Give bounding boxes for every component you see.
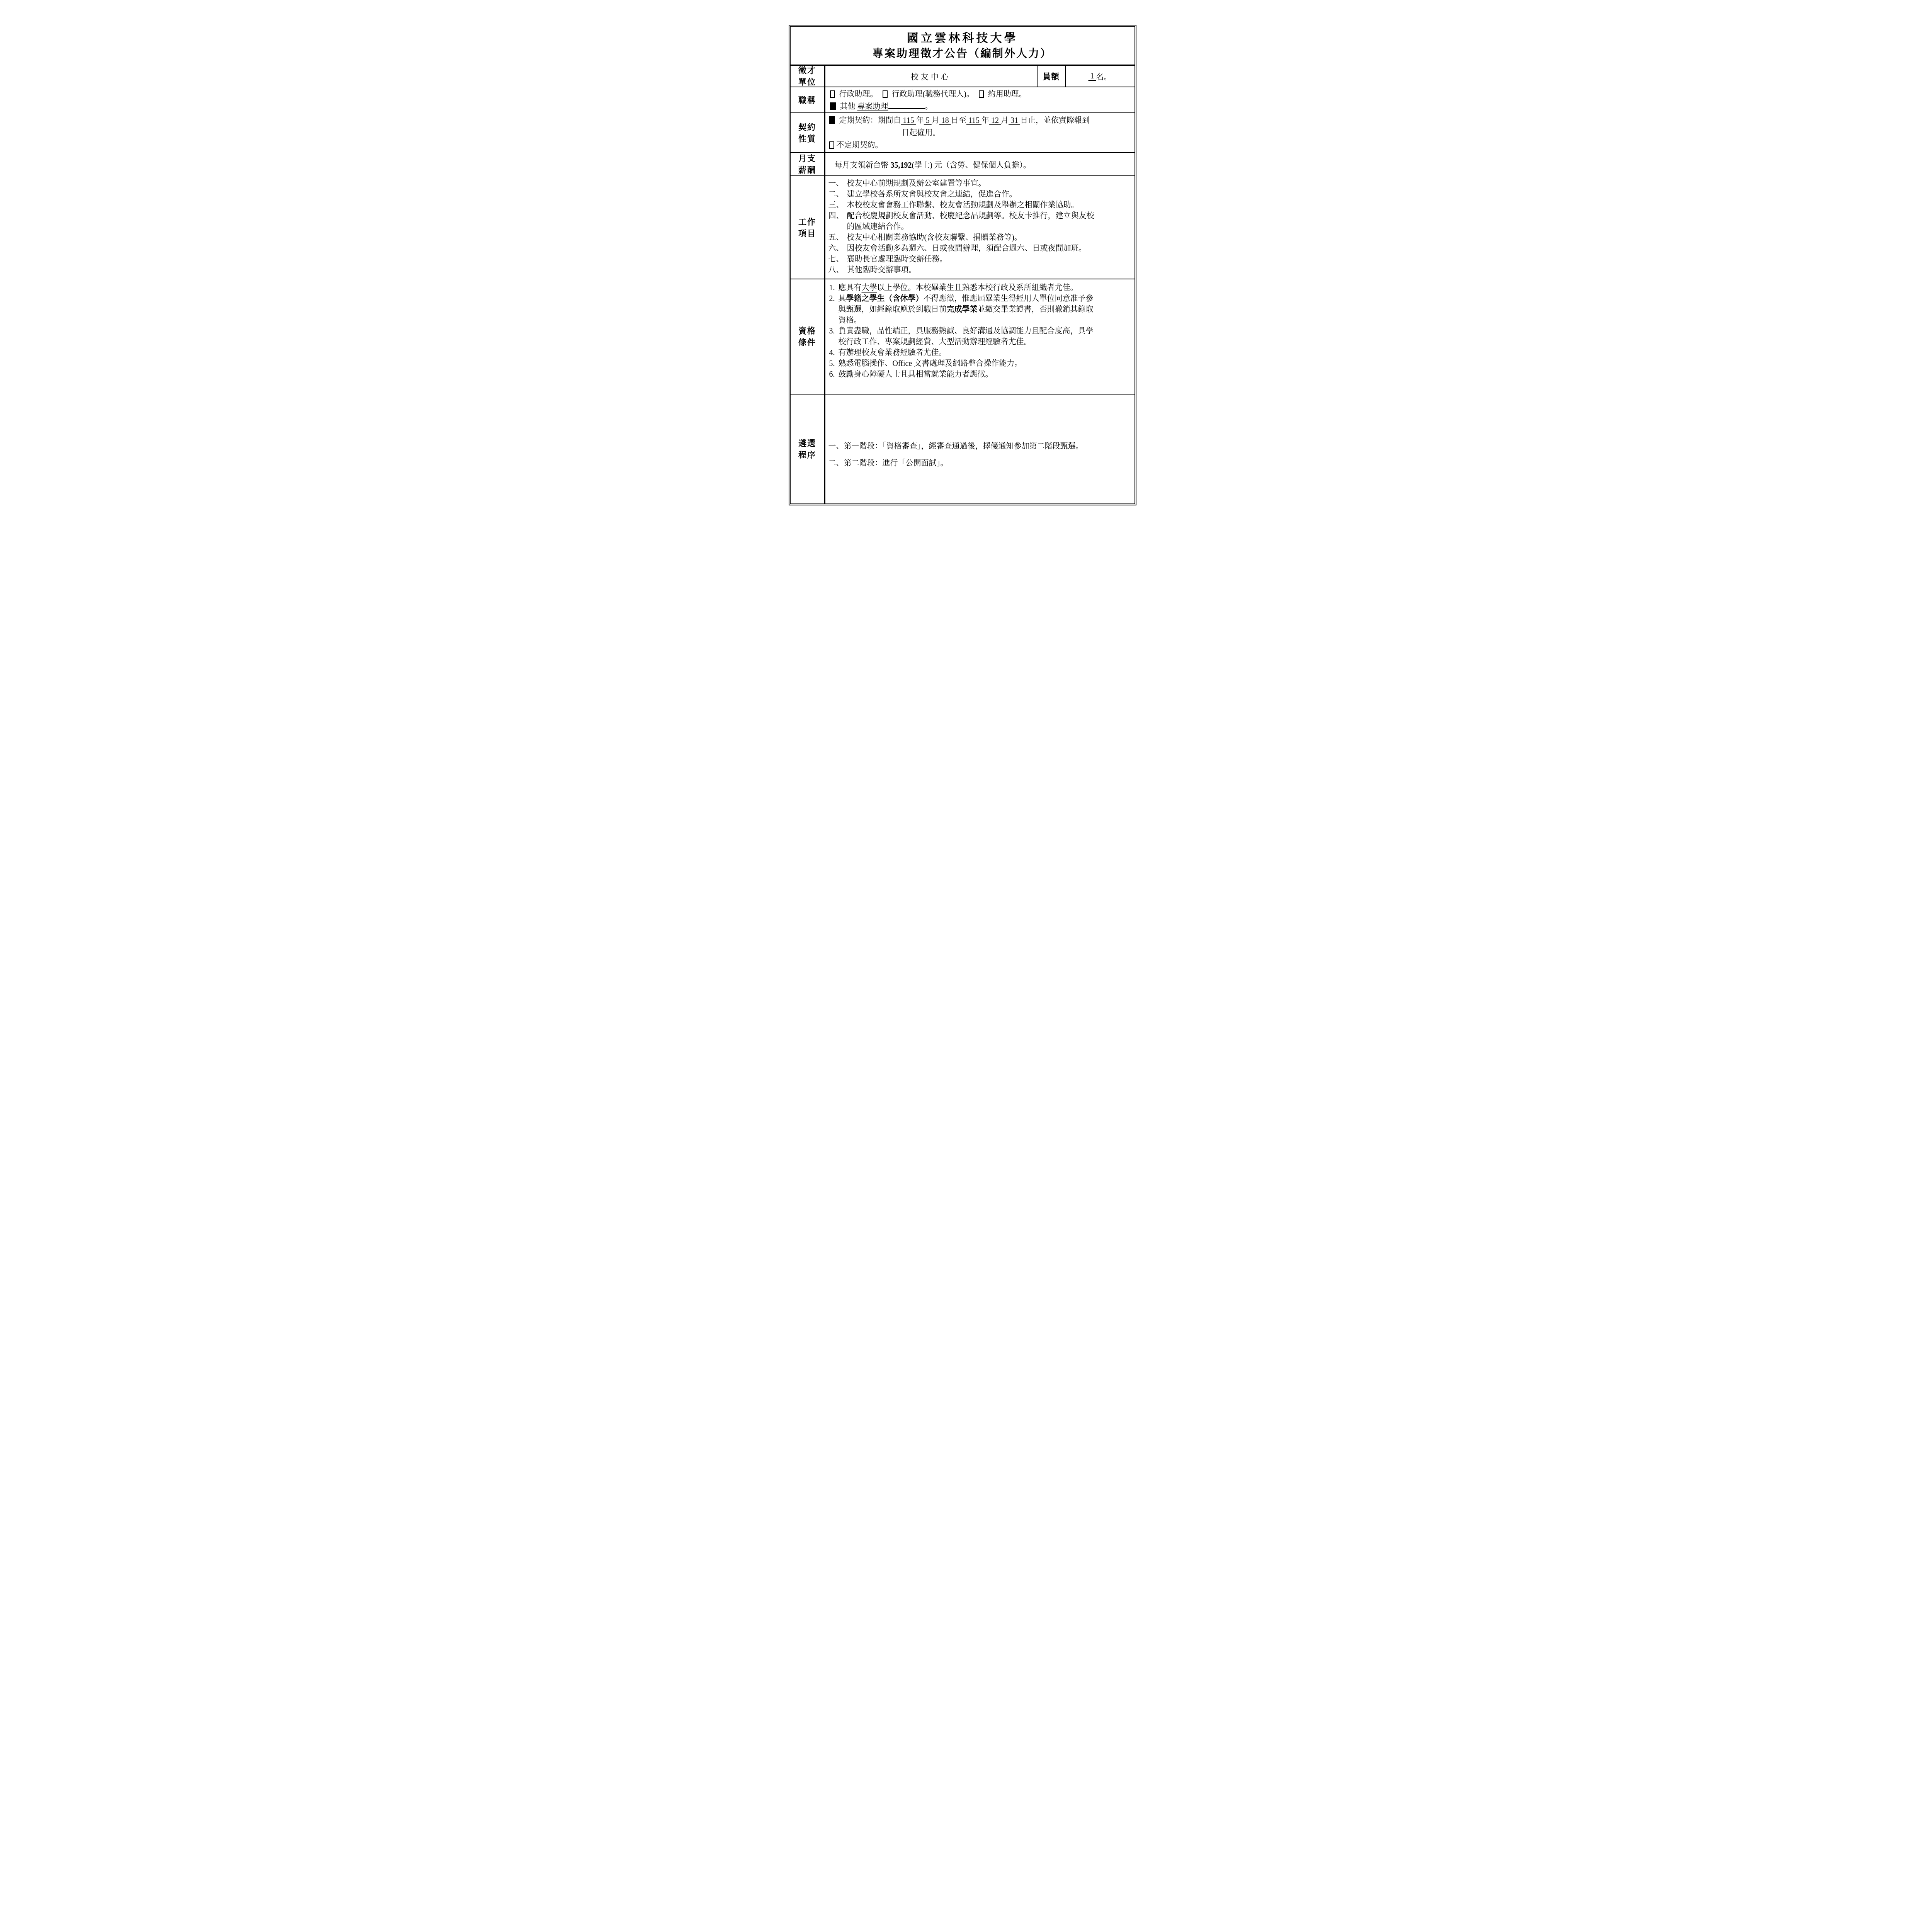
text-run: 一、第一階段：「資格審查」，經審查通過後，擇優通知參加第二階段甄選。 (828, 442, 1084, 451)
list-item: 的區域連結合作。 (825, 221, 1132, 232)
item-text: 具學籍之學生（含休學）不得應徵，惟應屆畢業生得經用人單位同意准予參 (839, 294, 1094, 303)
text-run: 12 (989, 116, 1001, 125)
text-run: 校友中心前期規劃及辦公室建置等事宜。 (847, 179, 986, 188)
label-line: 項目 (798, 228, 816, 239)
row-contract-type: 契約性質 定期契約：期間自 115 年 5 月 18 日至 115 年 12 月… (791, 112, 1135, 152)
job-title-other-line: 其他 專案助理。 (829, 100, 1132, 113)
text-run: 每月支領新台幣 (835, 161, 891, 170)
text-run: 行政助理(職務代理人)。 (890, 90, 978, 99)
label-monthly-salary: 月支薪酬 (791, 153, 825, 175)
item-text: 一、第一階段：「資格審查」，經審查通過後，擇優通知參加第二階段甄選。 (828, 442, 1084, 451)
item-number: 2. (829, 293, 835, 304)
text-run: 負責盡職，品性端正，具服務熱誠、良好溝通及協調能力且配合度高，具學 (839, 327, 1094, 335)
item-number: 4. (829, 347, 835, 358)
label-line: 月支 (798, 153, 816, 164)
item-text: 資格。 (839, 316, 862, 325)
label-selection-procedure: 遴選程序 (791, 395, 825, 503)
list-item: 四、配合校慶規劃校友會活動、校慶紀念品規劃等。校友卡推行，建立與友校 (825, 211, 1132, 221)
label-qualifications: 資格條件 (791, 279, 825, 394)
text-run: 校友中心相關業務協助(含校友聯繫、捐贈業務等)。 (847, 233, 1022, 242)
text-run: 115 (966, 116, 981, 125)
text-run: 。 (925, 102, 933, 111)
quota-value: 1 名。 (1066, 66, 1135, 87)
label-line: 條件 (798, 337, 816, 348)
checkbox-checked-icon (829, 116, 835, 124)
item-text: 鼓勵身心障礙人士且具相當就業能力者應徵。 (839, 370, 993, 379)
text-run: 襄助長官處理臨時交辦任務。 (847, 255, 947, 264)
text-run: 建立學校各系所友會與校友會之連結，促進合作。 (847, 190, 1017, 199)
item-number: 6. (829, 369, 835, 380)
label-line: 資格 (798, 325, 816, 337)
item-text: 配合校慶規劃校友會活動、校慶紀念品規劃等。校友卡推行，建立與友校 (847, 212, 1094, 220)
item-text: 有辦理校友會業務經驗者尤佳。 (839, 349, 947, 357)
list-item: 資格。 (825, 315, 1132, 326)
item-text: 襄助長官處理臨時交辦任務。 (847, 255, 947, 264)
item-number: 5. (829, 358, 835, 369)
text-run: 年 (916, 116, 924, 125)
text-run: 18 (939, 116, 951, 125)
text-run: 的區域連結合作。 (847, 223, 909, 231)
qualifications-list: 1.應具有大學以上學位。本校畢業生且熟悉本校行政及系所組織者尤佳。2.具學籍之學… (825, 279, 1135, 394)
work-items-list: 一、校友中心前期規劃及辦公室建置等事宜。二、建立學校各系所友會與校友會之連結，促… (825, 176, 1135, 279)
item-text: 校友中心前期規劃及辦公室建置等事宜。 (847, 179, 986, 188)
row-recruiting-unit: 徵才單位 校友中心 員額 1 名。 (791, 65, 1135, 87)
item-text: 校行政工作、專案規劃經費、大型活動辦理經驗者尤佳。 (839, 338, 1032, 346)
contract-fixed-term-line2: 日起僱用。 (828, 127, 1133, 139)
item-number: 八、 (828, 265, 844, 276)
item-text: 其他臨時交辦事項。 (847, 266, 917, 274)
text-run: 名。 (1096, 71, 1112, 82)
selection-procedure-list: 一、第一階段：「資格審查」，經審查通過後，擇優通知參加第二階段甄選。二、第二階段… (825, 395, 1135, 503)
row-qualifications: 資格條件 1.應具有大學以上學位。本校畢業生且熟悉本校行政及系所組織者尤佳。2.… (791, 279, 1135, 394)
text-run: 鼓勵身心障礙人士且具相當就業能力者應徵。 (839, 370, 993, 379)
item-number: 二、 (828, 189, 844, 200)
text-run: 日止，並依實際報到 (1020, 116, 1090, 125)
item-text: 二、第二階段：進行「公開面試」。 (828, 459, 948, 468)
label-line: 性質 (798, 133, 816, 145)
text-run: 以上學位。本校畢業生且熟悉本校行政及系所組織者尤佳。 (877, 284, 1078, 292)
text-run: 熟悉電腦操作、Office 文書處理及網路整合操作能力。 (839, 359, 1022, 368)
list-item: 2.具學籍之學生（含休學）不得應徵，惟應屆畢業生得經用人單位同意准予參 (825, 293, 1132, 304)
text-run: 學籍之學生（含休學） (846, 294, 924, 303)
label-line: 單位 (798, 76, 816, 88)
item-number: 1. (829, 282, 835, 293)
item-text: 的區域連結合作。 (847, 223, 909, 231)
list-item: 三、本校校友會會務工作聯繫、校友會活動規劃及舉辦之相關作業協助。 (825, 200, 1132, 211)
text-run: 月 (1001, 116, 1009, 125)
label-line: 程序 (798, 449, 816, 461)
blank-underline (888, 100, 925, 109)
text-run: 專案助理 (857, 102, 888, 111)
text-run: 資格。 (839, 316, 862, 325)
text-run: 二、第二階段：進行「公開面試」。 (828, 459, 948, 468)
label-recruiting-unit: 徵才單位 (791, 66, 825, 87)
text-run: 月 (932, 116, 939, 125)
list-item: 五、校友中心相關業務協助(含校友聯繫、捐贈業務等)。 (825, 232, 1132, 243)
text-run: 5 (924, 116, 932, 125)
list-item: 6.鼓勵身心障礙人士且具相當就業能力者應徵。 (825, 369, 1132, 380)
recruiting-unit-value: 校友中心 (825, 66, 1037, 87)
text-run: (學士) 元（含勞、健保個人負擔）。 (912, 161, 1031, 170)
label-line: 職稱 (798, 94, 816, 106)
checkbox-unchecked-icon (830, 90, 835, 98)
label-line: 契約 (798, 121, 816, 133)
announcement-title: 專案助理徵才公告（編制外人力） (873, 46, 1052, 62)
list-item: 一、第一階段：「資格審查」，經審查通過後，擇優通知參加第二階段甄選。 (828, 438, 1132, 455)
monthly-salary-content: 每月支領新台幣 35,192(學士) 元（含勞、健保個人負擔）。 (825, 153, 1135, 175)
text-run: 行政助理。 (837, 90, 882, 99)
text-run: 完成學業 (947, 305, 978, 314)
document-page: 國立雲林科技大學 專案助理徵才公告（編制外人力） 徵才單位 校友中心 員額 1 … (746, 0, 1171, 601)
text-run: 不得應徵，惟應屆畢業生得經用人單位同意准予參 (924, 294, 1094, 303)
text-run: 本校校友會會務工作聯繫、校友會活動規劃及舉辦之相關作業協助。 (847, 201, 1079, 209)
text-run: 校行政工作、專案規劃經費、大型活動辦理經驗者尤佳。 (839, 338, 1032, 346)
announcement-table: 國立雲林科技大學 專案助理徵才公告（編制外人力） 徵才單位 校友中心 員額 1 … (789, 25, 1136, 505)
list-item: 八、其他臨時交辦事項。 (825, 265, 1132, 276)
text-run: 定期契約：期間自 (837, 116, 901, 125)
list-item: 六、因校友會活動多為週六、日或夜間辦理，須配合週六、日或夜間加班。 (825, 243, 1132, 254)
label-line: 工作 (798, 216, 816, 228)
row-selection-procedure: 遴選程序 一、第一階段：「資格審查」，經審查通過後，擇優通知參加第二階段甄選。二… (791, 394, 1135, 503)
list-item: 一、校友中心前期規劃及辦公室建置等事宜。 (825, 178, 1132, 189)
list-item: 七、襄助長官處理臨時交辦任務。 (825, 254, 1132, 265)
item-number: 四、 (828, 211, 844, 221)
item-text: 校友中心相關業務協助(含校友聯繫、捐贈業務等)。 (847, 233, 1022, 242)
label-job-title: 職稱 (791, 87, 825, 112)
checkbox-checked-icon (830, 102, 836, 110)
list-item: 二、建立學校各系所友會與校友會之連結，促進合作。 (825, 189, 1132, 200)
job-title-content: 行政助理。 行政助理(職務代理人)。 約用助理。 其他 專案助理。 (825, 87, 1135, 112)
label-line: 員額 (1043, 70, 1060, 82)
text-run: 115 (901, 116, 916, 125)
text-run: 日起僱用。 (902, 129, 941, 137)
list-item: 校行政工作、專案規劃經費、大型活動辦理經驗者尤佳。 (825, 337, 1132, 347)
monthly-salary-line: 每月支領新台幣 35,192(學士) 元（含勞、健保個人負擔）。 (835, 159, 1031, 170)
item-text: 因校友會活動多為週六、日或夜間辦理，須配合週六、日或夜間加班。 (847, 244, 1087, 253)
item-number: 七、 (828, 254, 844, 265)
label-contract-type: 契約性質 (791, 113, 825, 152)
contract-type-content: 定期契約：期間自 115 年 5 月 18 日至 115 年 12 月 31 日… (825, 113, 1135, 152)
list-item: 3.負責盡職，品性端正，具服務熱誠、良好溝通及協調能力且配合度高，具學 (825, 326, 1132, 337)
label-quota: 員額 (1037, 66, 1066, 87)
label-line: 薪酬 (798, 164, 816, 176)
text-run: 配合校慶規劃校友會活動、校慶紀念品規劃等。校友卡推行，建立與友校 (847, 212, 1094, 220)
text-run: 約用助理。 (986, 90, 1027, 99)
item-text: 建立學校各系所友會與校友會之連結，促進合作。 (847, 190, 1017, 199)
text-run: 年 (981, 116, 989, 125)
text-run: 其他 (838, 102, 857, 111)
row-work-items: 工作項目 一、校友中心前期規劃及辦公室建置等事宜。二、建立學校各系所友會與校友會… (791, 175, 1135, 279)
item-number: 五、 (828, 232, 844, 243)
item-number: 三、 (828, 200, 844, 211)
checkbox-unchecked-icon (829, 141, 834, 149)
row-job-title: 職稱 行政助理。 行政助理(職務代理人)。 約用助理。 其他 專案助理。 (791, 87, 1135, 112)
item-number: 六、 (828, 243, 844, 254)
list-item: 4.有辦理校友會業務經驗者尤佳。 (825, 347, 1132, 358)
item-text: 與甄選，如經錄取應於到職日前完成學業並繳交畢業證書，否則撤銷其錄取 (839, 305, 1094, 314)
text-run: 應具有 (839, 284, 862, 292)
text-run: 不定期契約。 (837, 141, 883, 150)
text-run: 並繳交畢業證書，否則撤銷其錄取 (978, 305, 1094, 314)
label-line: 徵才 (798, 65, 816, 76)
item-text: 應具有大學以上學位。本校畢業生且熟悉本校行政及系所組織者尤佳。 (839, 284, 1078, 292)
text-run: 其他臨時交辦事項。 (847, 266, 917, 274)
text-run: 日至 (951, 116, 966, 125)
text-run: 與甄選，如經錄取應於到職日前 (839, 305, 947, 314)
list-item: 與甄選，如經錄取應於到職日前完成學業並繳交畢業證書，否則撤銷其錄取 (825, 304, 1132, 315)
text-run: 1 (1089, 72, 1096, 81)
text-run: 大學 (862, 284, 877, 292)
university-name: 國立雲林科技大學 (907, 30, 1018, 46)
title-block: 國立雲林科技大學 專案助理徵才公告（編制外人力） (791, 27, 1135, 65)
job-title-options-line: 行政助理。 行政助理(職務代理人)。 約用助理。 (829, 88, 1132, 100)
text-run: 31 (1009, 116, 1020, 125)
row-monthly-salary: 月支薪酬 每月支領新台幣 35,192(學士) 元（含勞、健保個人負擔）。 (791, 152, 1135, 175)
text-run: 35,192 (891, 161, 912, 170)
checkbox-unchecked-icon (979, 90, 984, 98)
item-text: 負責盡職，品性端正，具服務熱誠、良好溝通及協調能力且配合度高，具學 (839, 327, 1094, 335)
checkbox-unchecked-icon (883, 90, 888, 98)
contract-fixed-term-line: 定期契約：期間自 115 年 5 月 18 日至 115 年 12 月 31 日… (828, 114, 1133, 127)
item-text: 本校校友會會務工作聯繫、校友會活動規劃及舉辦之相關作業協助。 (847, 201, 1079, 209)
label-line: 遴選 (798, 437, 816, 449)
text-run: 有辦理校友會業務經驗者尤佳。 (839, 349, 947, 357)
contract-open-term-line: 不定期契約。 (828, 139, 1133, 151)
text-run: 因校友會活動多為週六、日或夜間辦理，須配合週六、日或夜間加班。 (847, 244, 1087, 253)
list-item: 二、第二階段：進行「公開面試」。 (828, 455, 1132, 472)
item-number: 一、 (828, 178, 844, 189)
text-run: 具 (839, 294, 846, 303)
list-item: 5.熟悉電腦操作、Office 文書處理及網路整合操作能力。 (825, 358, 1132, 369)
item-text: 熟悉電腦操作、Office 文書處理及網路整合操作能力。 (839, 359, 1022, 368)
item-number: 3. (829, 326, 835, 337)
list-item: 1.應具有大學以上學位。本校畢業生且熟悉本校行政及系所組織者尤佳。 (825, 282, 1132, 293)
label-work-items: 工作項目 (791, 176, 825, 279)
